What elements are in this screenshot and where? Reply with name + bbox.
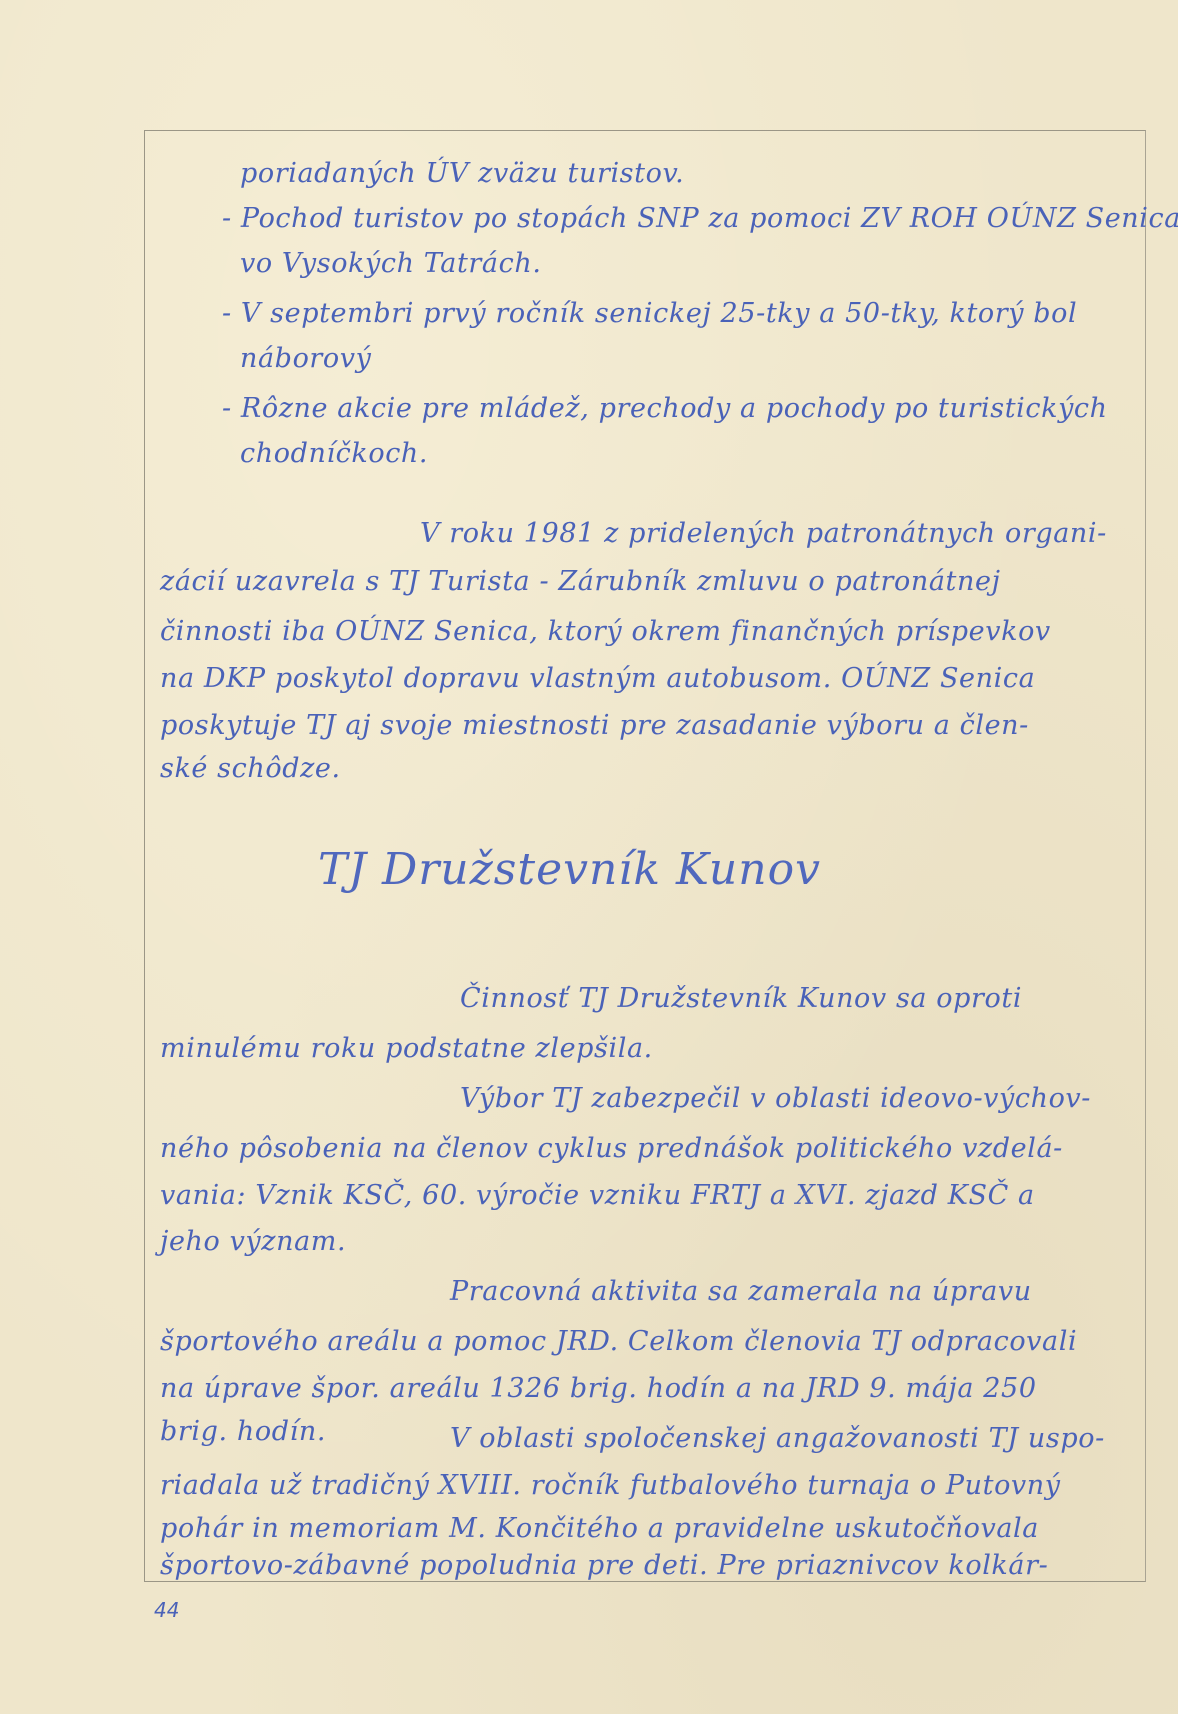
text-line: poriadaných ÚV zväzu turistov. <box>240 160 684 187</box>
text-line: na DKP poskytol dopravu vlastným autobus… <box>160 665 1035 692</box>
text-line: brig. hodín. <box>160 1418 326 1445</box>
text-line: zácií uzavrela s TJ Turista - Zárubník z… <box>160 568 1001 595</box>
text-line: na úprave špor. areálu 1326 brig. hodín … <box>160 1375 1037 1402</box>
text-line: ské schôdze. <box>160 755 341 782</box>
page-number: 44 <box>154 1598 179 1622</box>
text-line: vo Vysokých Tatrách. <box>240 250 542 277</box>
text-line: vania: Vznik KSČ, 60. výročie vzniku FRT… <box>160 1182 1035 1209</box>
text-line: ného pôsobenia na členov cyklus prednášo… <box>160 1135 1063 1162</box>
list-item: - Pochod turistov po stopách SNP za pomo… <box>222 205 1178 232</box>
text-line: V roku 1981 z pridelených patronátnych o… <box>420 520 1107 547</box>
text-line: V oblasti spoločenskej angažovanosti TJ … <box>450 1425 1105 1452</box>
text-line: poskytuje TJ aj svoje miestnosti pre zas… <box>160 712 1029 739</box>
section-heading: TJ Družstevník Kunov <box>318 848 821 892</box>
text-line: športového areálu a pomoc JRD. Celkom čl… <box>160 1328 1077 1355</box>
text-line: Činnosť TJ Družstevník Kunov sa oproti <box>460 985 1022 1012</box>
text-line: minulému roku podstatne zlepšila. <box>160 1035 653 1062</box>
list-item: - Rôzne akcie pre mládež, prechody a poc… <box>222 395 1108 422</box>
text-line: náborový <box>240 345 372 372</box>
text-line: chodníčkoch. <box>240 440 428 467</box>
text-line: Pracovná aktivita sa zamerala na úpravu <box>450 1278 1032 1305</box>
text-line: jeho význam. <box>160 1228 346 1255</box>
text-line: pohár in memoriam M. Končitého a pravide… <box>160 1515 1039 1542</box>
text-line-last: športovo-zábavné popoludnia pre deti. Pr… <box>160 1552 1048 1579</box>
text-line: činnosti iba OÚNZ Senica, ktorý okrem fi… <box>160 618 1051 645</box>
list-item: - V septembri prvý ročník senickej 25-tk… <box>222 300 1077 327</box>
text-line: Výbor TJ zabezpečil v oblasti ideovo-výc… <box>460 1085 1091 1112</box>
text-line: riadala už tradičný XVIII. ročník futbal… <box>160 1472 1061 1499</box>
